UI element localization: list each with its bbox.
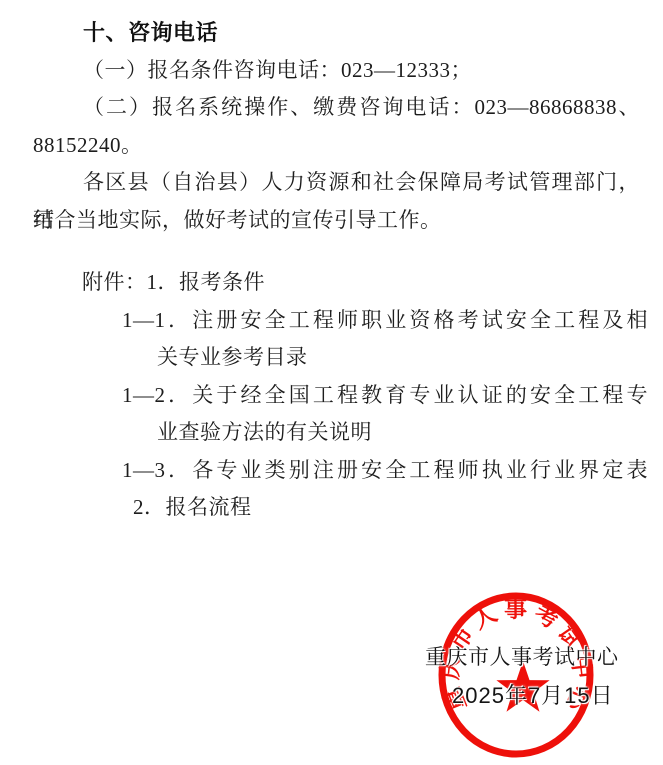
signature-date: 2025年7月15日 <box>452 684 614 708</box>
official-seal: 重庆市人事考试中心 <box>436 590 596 760</box>
attachment-item-wrap: 关专业参考目录 <box>157 339 640 377</box>
attachment-item: 1—2．关于经全国工程教育专业认证的安全工程专 <box>122 377 648 415</box>
paragraph-line: （二）报名系统操作、缴费咨询电话：023—86868838、 <box>33 89 640 127</box>
attachments-intro: 附件：1．报考条件 <box>82 264 640 302</box>
paragraph-line: 结合当地实际，做好考试的宣传引导工作。 <box>33 202 640 240</box>
paragraph-line: 各区县（自治县）人力资源和社会保障局考试管理部门，可 <box>33 164 640 202</box>
paragraph-line: 88152240。 <box>33 127 640 165</box>
document-page: 十、咨询电话 （一）报名条件咨询电话：023—12333； （二）报名系统操作、… <box>0 0 663 765</box>
section-heading: 十、咨询电话 <box>33 14 640 52</box>
signature-organization: 重庆市人事考试中心 <box>425 646 619 669</box>
attachment-item: 2．报名流程 <box>133 489 640 527</box>
attachments-list: 附件：1．报考条件 1—1．注册安全工程师职业资格考试安全工程及相 关专业参考目… <box>33 264 640 527</box>
attachment-item-wrap: 业查验方法的有关说明 <box>157 414 640 452</box>
attachment-item: 1—3．各专业类别注册安全工程师执业行业界定表 <box>122 452 648 490</box>
paragraph-line: （一）报名条件咨询电话：023—12333； <box>33 52 640 90</box>
document-body: 十、咨询电话 （一）报名条件咨询电话：023—12333； （二）报名系统操作、… <box>33 14 640 527</box>
attachment-item: 1—1．注册安全工程师职业资格考试安全工程及相 <box>122 302 648 340</box>
